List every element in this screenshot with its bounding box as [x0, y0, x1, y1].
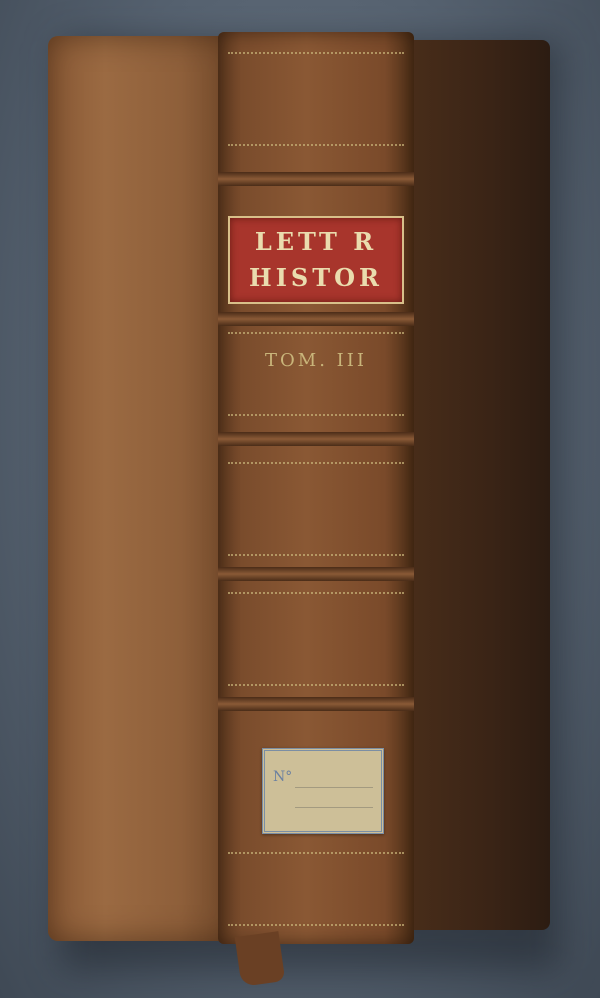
- raised-band: [218, 697, 414, 711]
- volume-number: TOM. III: [218, 350, 414, 371]
- torn-headcap: [235, 931, 286, 987]
- title-line-2: HISTOR: [249, 260, 383, 296]
- library-shelf-label: N°: [262, 748, 384, 834]
- label-line: [295, 807, 373, 808]
- gilt-ornament: [228, 592, 404, 686]
- raised-band: [218, 312, 414, 326]
- book-spine: LETT R HISTOR TOM. III N°: [218, 32, 414, 944]
- title-label: LETT R HISTOR: [228, 216, 404, 304]
- shelf-number: N°: [273, 769, 292, 785]
- book-front-cover: [48, 36, 238, 941]
- gilt-ornament: [228, 852, 404, 926]
- raised-band: [218, 567, 414, 581]
- gilt-ornament: [228, 332, 404, 416]
- raised-band: [218, 432, 414, 446]
- gilt-ornament: [228, 462, 404, 556]
- book-back-cover: [400, 40, 550, 930]
- gilt-ornament: [228, 52, 404, 146]
- raised-band: [218, 172, 414, 186]
- title-line-1: LETT R: [255, 224, 377, 260]
- label-line: [295, 787, 373, 788]
